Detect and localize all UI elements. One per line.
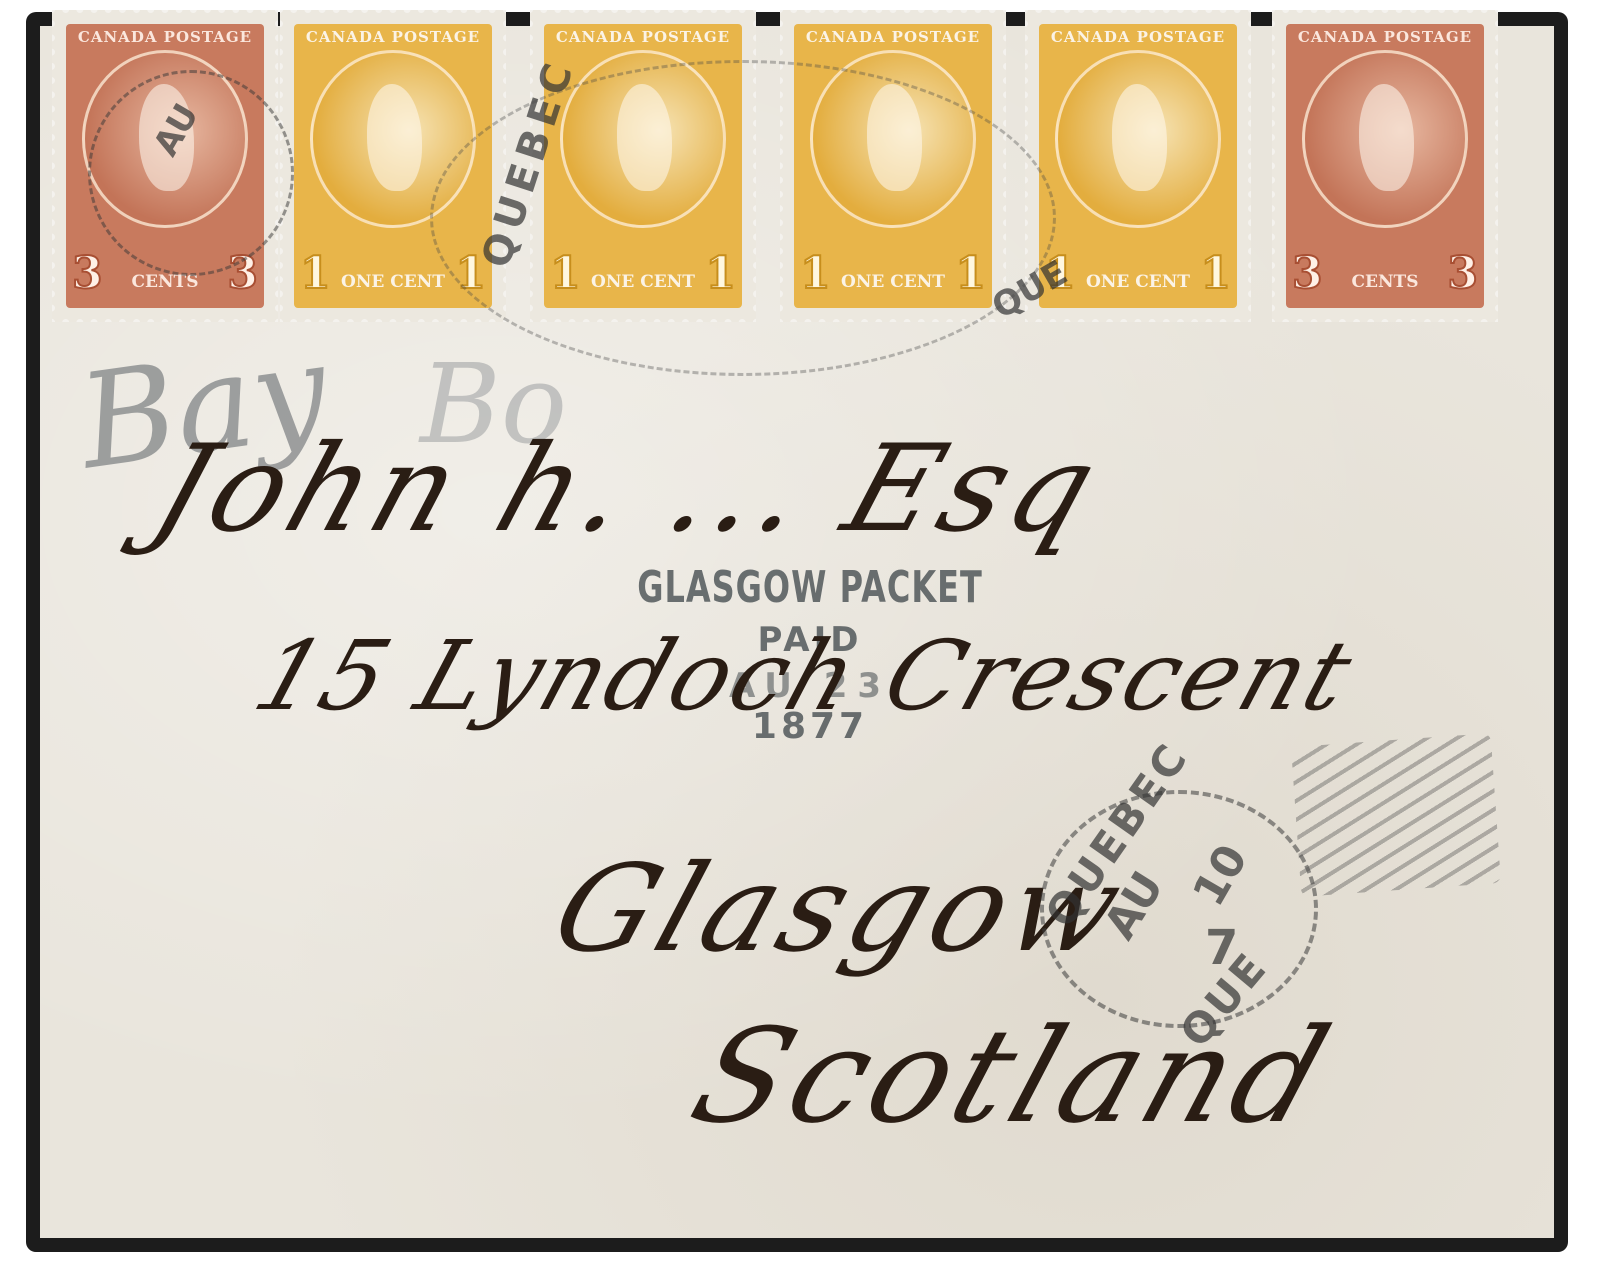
queen-portrait-icon (1055, 50, 1221, 228)
postage-stamp: CANADA POSTAGE3CENTS3 (1272, 10, 1498, 322)
stamp-cancel-ring (430, 60, 1056, 376)
stamp-country: CANADA POSTAGE (1286, 28, 1484, 46)
stamp-country: CANADA POSTAGE (294, 28, 492, 46)
duplex-killer-bars (1291, 733, 1501, 897)
stamp-design: CANADA POSTAGE1ONE CENT1 (1039, 24, 1237, 308)
handstamp-line1: GLASGOW PACKET (630, 561, 990, 612)
stamp-value-right: 1 (1200, 252, 1231, 296)
stamp-cancel-postmark (88, 70, 294, 276)
stamp-country: CANADA POSTAGE (794, 28, 992, 46)
stamp-country: CANADA POSTAGE (1039, 28, 1237, 46)
address-line-1: John h. ... Esq (137, 420, 1117, 559)
address-line-2: 15 Lyndoch Crescent (242, 620, 1368, 732)
stamp-country: CANADA POSTAGE (544, 28, 742, 46)
stamp-country: CANADA POSTAGE (66, 28, 264, 46)
stamp-value-right: 3 (1447, 252, 1478, 296)
queen-portrait-icon (1302, 50, 1468, 228)
stamp-design: CANADA POSTAGE3CENTS3 (1286, 24, 1484, 308)
address-line-4: Scotland (675, 1000, 1351, 1152)
